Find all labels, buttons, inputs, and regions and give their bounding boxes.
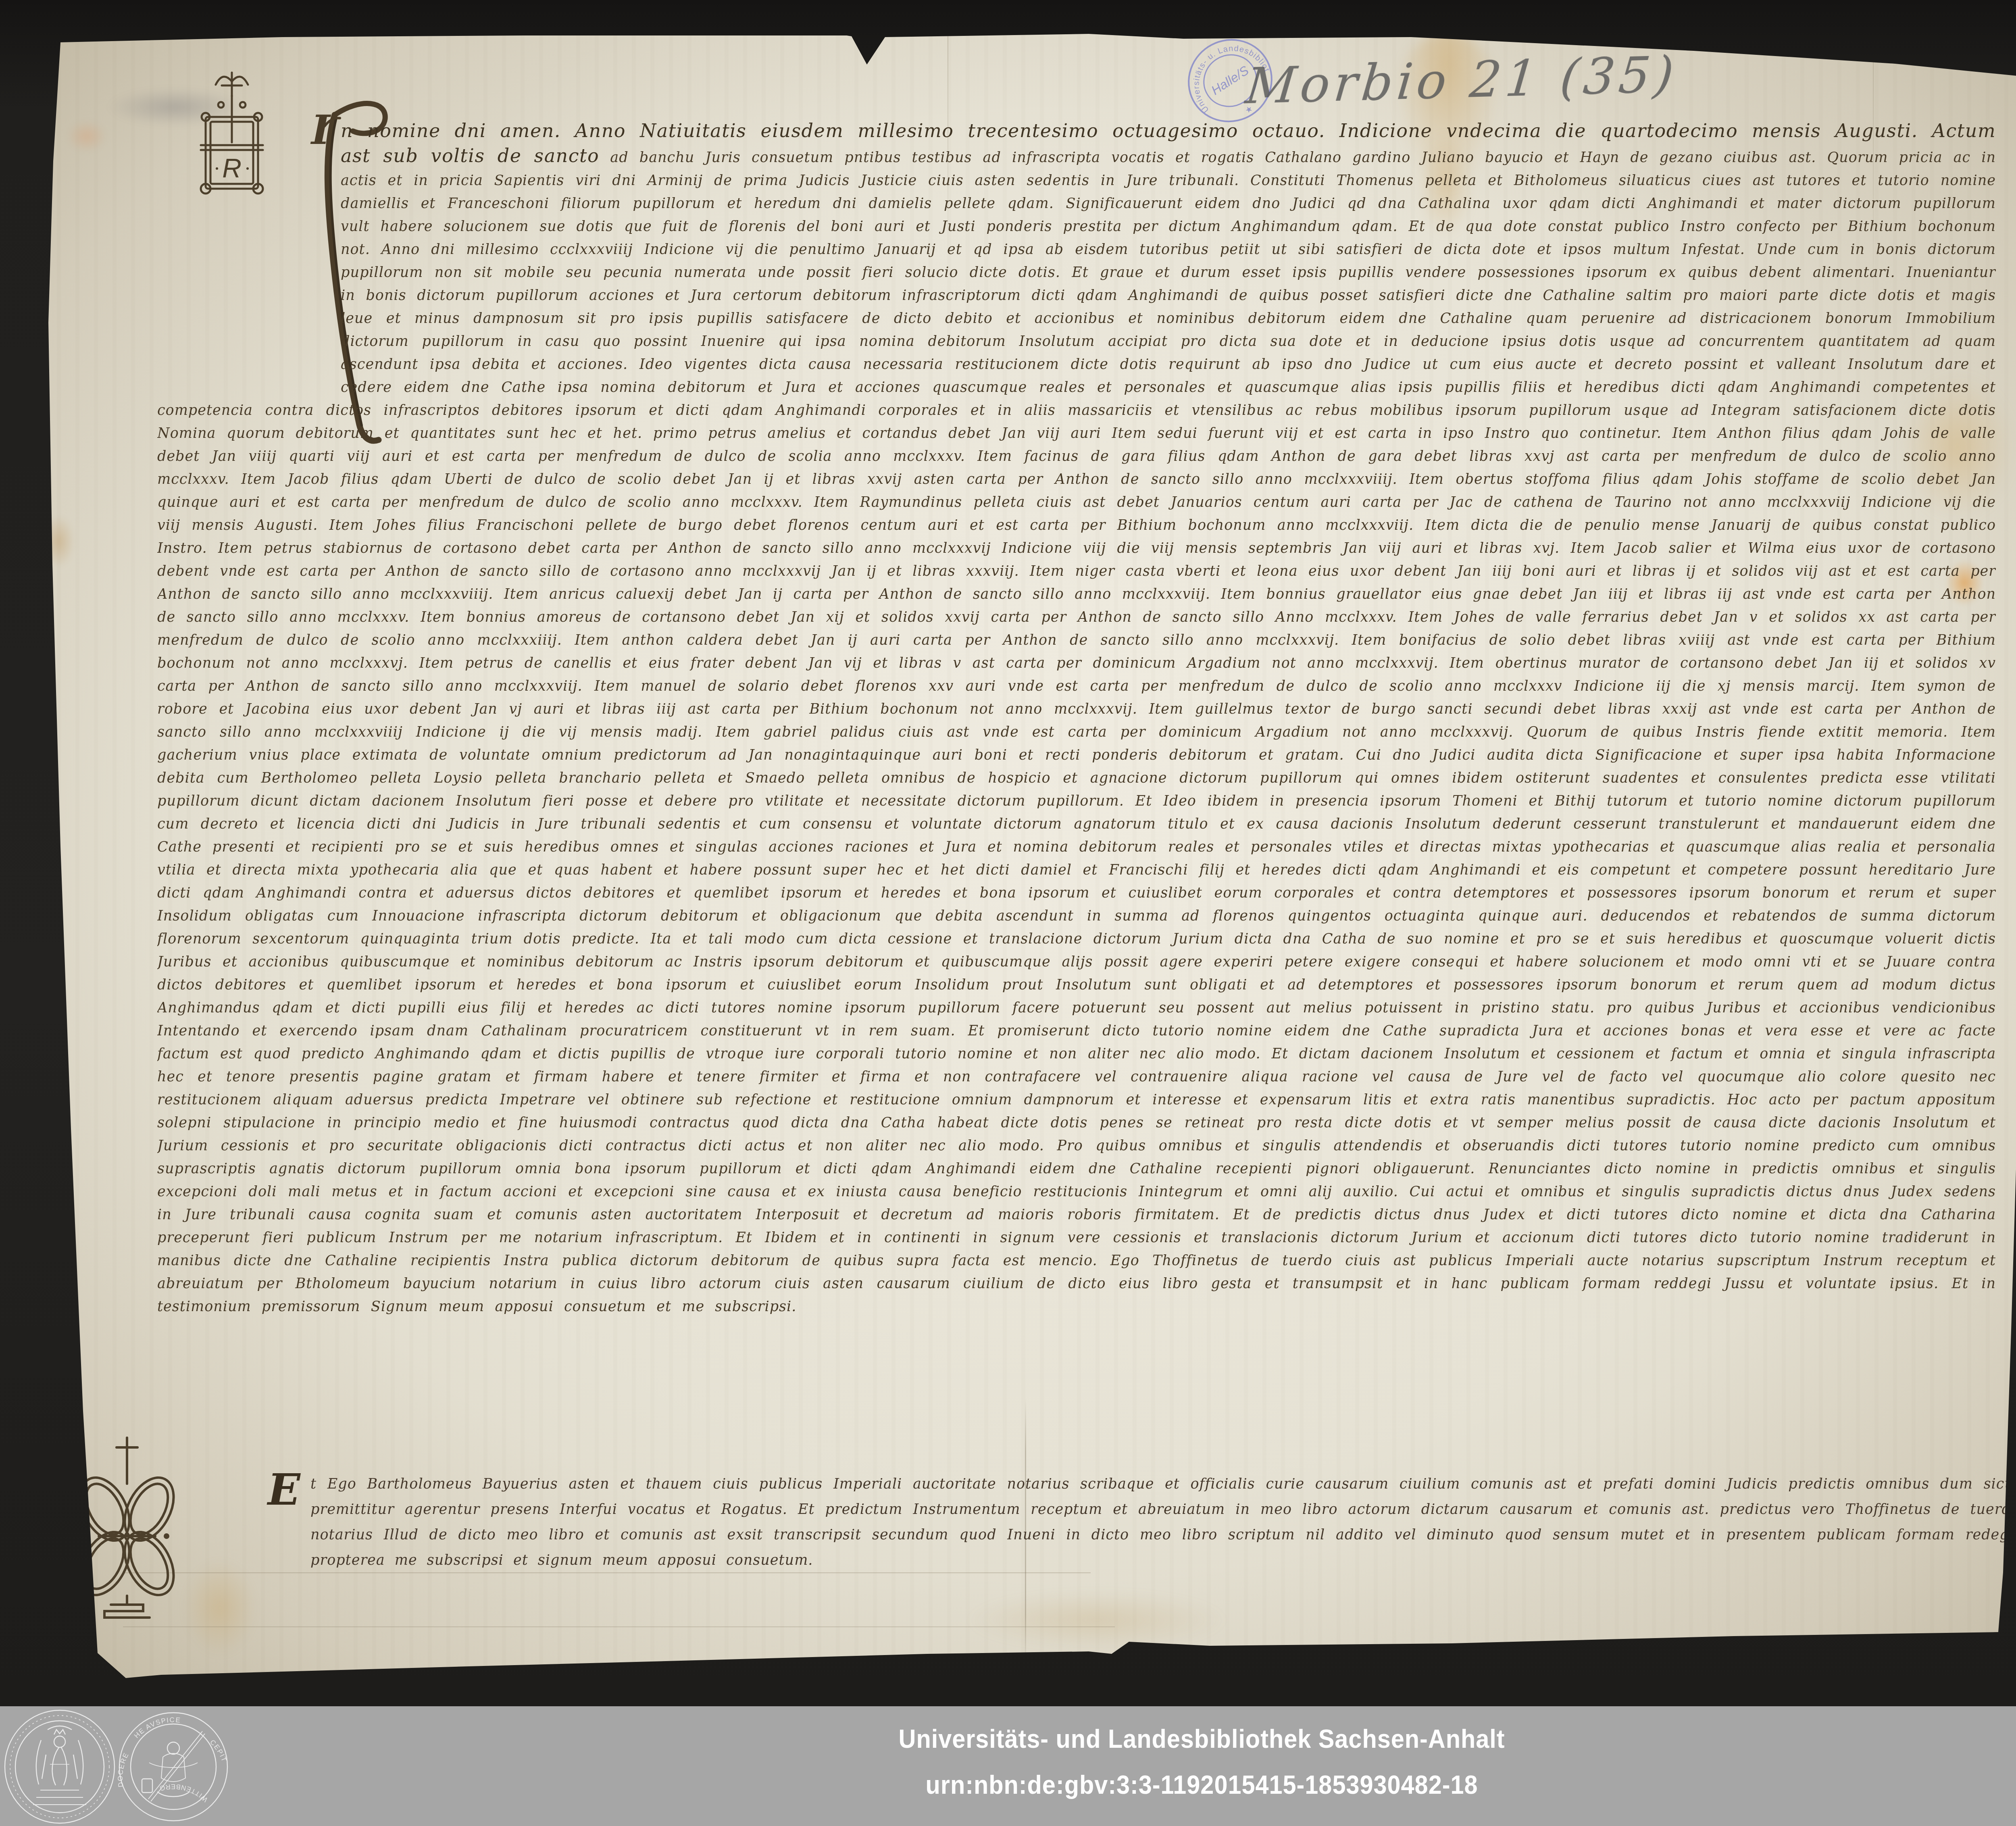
parchment-charter: R I n nomine dni amen. Anno Natiuitatis …	[38, 11, 2016, 1680]
footer-library-name: Universitäts- und Landesbibliothek Sachs…	[84, 1724, 2016, 1754]
notary-signum	[62, 1430, 192, 1624]
stamp-center-text: Halle/S	[1208, 63, 1251, 98]
notary-initial-letter: E	[268, 1464, 300, 1515]
manuscript-text-block: n nomine dni amen. Anno Natiuitatis eius…	[157, 119, 1996, 1422]
digitized-charter-photograph: R I n nomine dni amen. Anno Natiuitatis …	[0, 0, 2016, 1826]
notary-subscription: t Ego Bartholomeus Bayuerius asten et th…	[310, 1472, 2016, 1576]
footer-urn: urn:nbn:de:gbv:3:3-1192015415-1853930482…	[84, 1770, 2016, 1800]
footer-bar: HE AVSPICE CEPIT DOCERE WITTENBERG Unive…	[0, 1706, 2016, 1826]
manuscript-indent-spacer	[157, 119, 341, 397]
pencil-shelfmark-annotation: Morbio 21 (35)	[1243, 46, 1680, 115]
manuscript-body-text: ad banchu Juris consuetum pntibus testib…	[157, 150, 1996, 1315]
